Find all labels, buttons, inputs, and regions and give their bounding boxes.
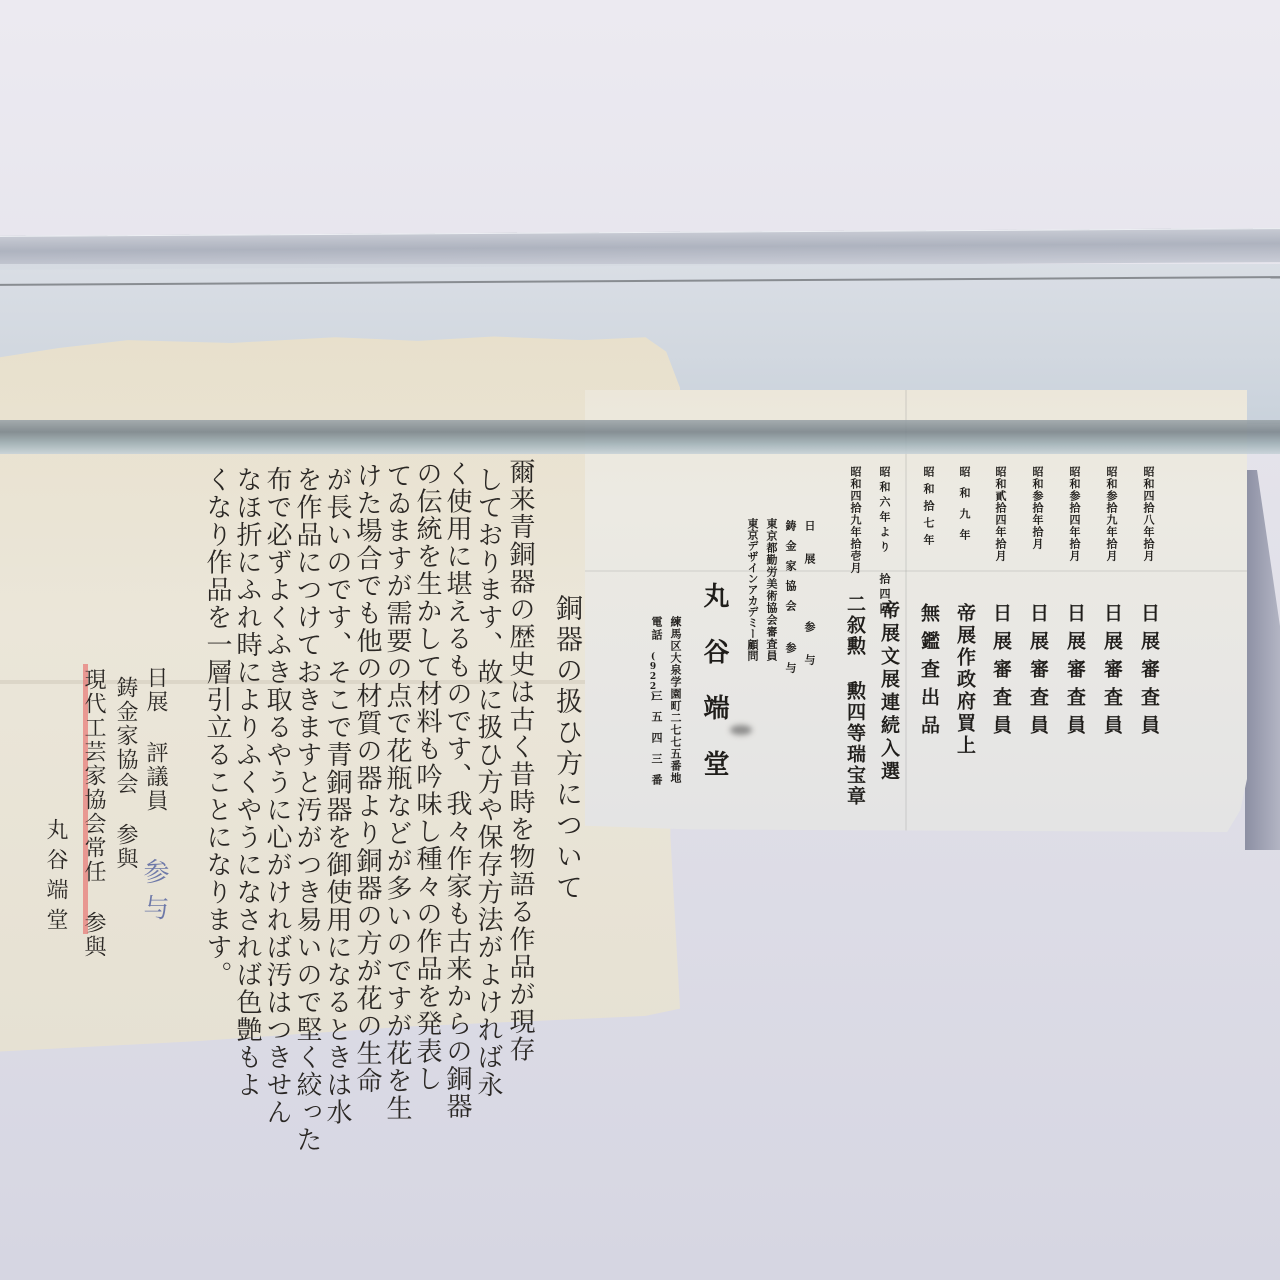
affiliation: 鋳金家協会 参与: [782, 520, 798, 682]
resume-date: 昭和参拾四年拾月: [1066, 466, 1082, 562]
resume-title: 日展審査員: [1025, 603, 1052, 743]
note-line: 布で必ずよくふき取るやうに心がければ汚はつきせん: [264, 466, 290, 1126]
signature-name: 丸谷端堂: [40, 818, 71, 938]
affiliation: 日展 参与: [801, 520, 817, 687]
case-lid-bottom-edge: [0, 420, 1280, 454]
resume-title: 日展審査員: [1062, 603, 1089, 743]
note-title: 銅器の扱ひ方について: [547, 594, 586, 904]
signature-nitten: 日展 評議員: [140, 666, 171, 813]
note-line: を作品につけておきますと汚がつき易いので堅く絞った: [294, 466, 320, 1154]
ink-smudge: [730, 725, 752, 735]
resume-date: 昭和四拾九年拾壱月: [847, 466, 863, 574]
note-line: てゐますが需要の点で花瓶などが多いのですが花を生: [384, 462, 410, 1122]
resume-date: 昭和参拾年拾月: [1029, 466, 1045, 550]
resume-title: 帝展作政府買上: [952, 603, 979, 757]
resume-title: 二叙勲 勲四等瑞宝章: [842, 594, 869, 807]
blue-ink-annotation: 参与: [136, 858, 173, 930]
resume-title: 日展審査員: [988, 603, 1015, 743]
address: 練馬区大泉学園町二七七五番地: [667, 616, 683, 784]
note-line: くなり作品を一層引立ることになります。: [204, 466, 230, 989]
resume-date: 昭和参拾九年拾月: [1103, 466, 1119, 562]
resume-title: 日展審査員: [1136, 603, 1163, 743]
note-line: が長いのです、そこで青銅器を御使用になるときは水: [324, 466, 350, 1126]
resume-title: 無鑑査出品: [916, 603, 943, 743]
signature-chukin: 鋳金家協会 参與: [110, 676, 141, 871]
resume-date: 昭和六年より 拾四回: [876, 466, 892, 578]
resume-title: 日展審査員: [1099, 603, 1126, 743]
note-line: く使用に堪えるものです、我々作家も古来からの銅器: [444, 460, 470, 1120]
note-line: 爾来青銅器の歴史は古く昔時を物語る作品が現存: [507, 458, 533, 1063]
note-line: の伝統を生かして材料も吟味し種々の作品を発表し: [414, 460, 440, 1093]
affiliation: 東京デザインアカデミー顧問: [744, 518, 760, 661]
note-line: けた場合でも他の材質の器より銅器の方が花の生命: [354, 462, 380, 1095]
resume-date: 昭和貳拾四年拾月: [992, 466, 1008, 562]
paper-crease-vertical: [905, 390, 907, 832]
affiliation: 東京都勤労美術協会審査員: [763, 518, 779, 662]
document-shadow: [1245, 470, 1280, 850]
phone-number: 三五四三番: [648, 690, 664, 795]
phone-label: 電話: [648, 616, 664, 642]
photo-stage: 銅器の扱ひ方について 爾来青銅器の歴史は古く昔時を物語る作品が現存 しております…: [0, 0, 1280, 1280]
note-line: しております、故に扱ひ方や保存方法がよければ永: [475, 466, 501, 1099]
signature-gendai: 現代工芸家協会常任 参與: [78, 668, 109, 959]
artist-name: 丸谷端堂: [696, 582, 733, 806]
resume-date: 昭和四拾八年拾月: [1140, 466, 1156, 562]
resume-date: 昭和九年: [956, 466, 972, 550]
resume-title: 帝展文展連続入選: [876, 600, 903, 784]
note-line: なほ折にふれ時によりふくやうになされば色艶もよ: [234, 466, 260, 1099]
paper-crease-horizontal: [585, 570, 1247, 572]
resume-date: 昭和拾七年: [920, 466, 936, 551]
